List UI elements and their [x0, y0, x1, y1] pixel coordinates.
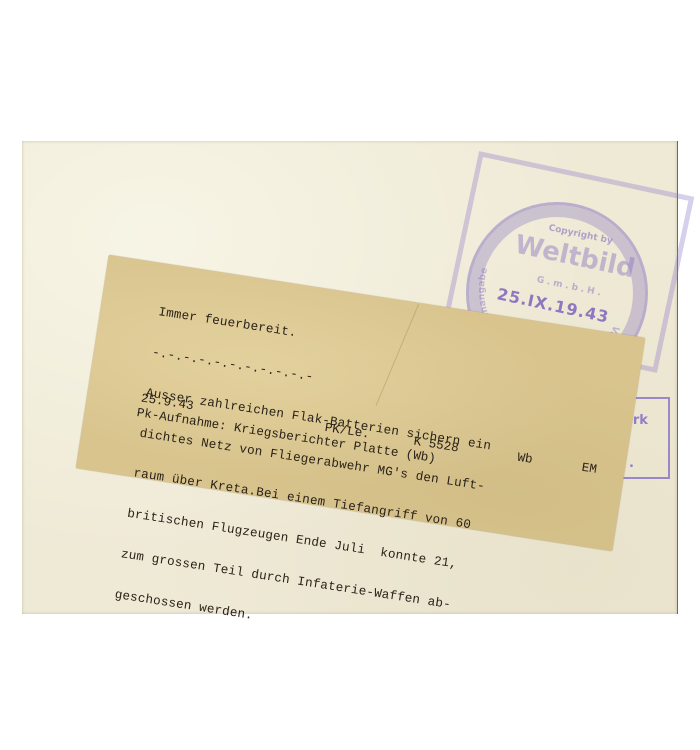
mark-em: EM — [581, 461, 598, 477]
caption-text: Immer feuerbereit. -.-.-.-.-.-.-.-.-.-.-… — [110, 279, 638, 702]
caption-body-line: britischen Flugzeugen Ende Juli konnte 2… — [126, 508, 602, 595]
caption-body-line: raum über Kreta.Bei einem Tiefangriff vo… — [132, 467, 608, 554]
mark-wb: Wb — [516, 451, 533, 467]
partial-stamp-dot: . — [629, 456, 634, 471]
caption-body-line: geschossen werden. — [114, 588, 590, 675]
caption-body-line: zum grossen Teil durch Infaterie-Waffen … — [120, 548, 596, 635]
caption-body-line: dichtes Netz von Fliegerabwehr MG's den … — [139, 427, 615, 514]
